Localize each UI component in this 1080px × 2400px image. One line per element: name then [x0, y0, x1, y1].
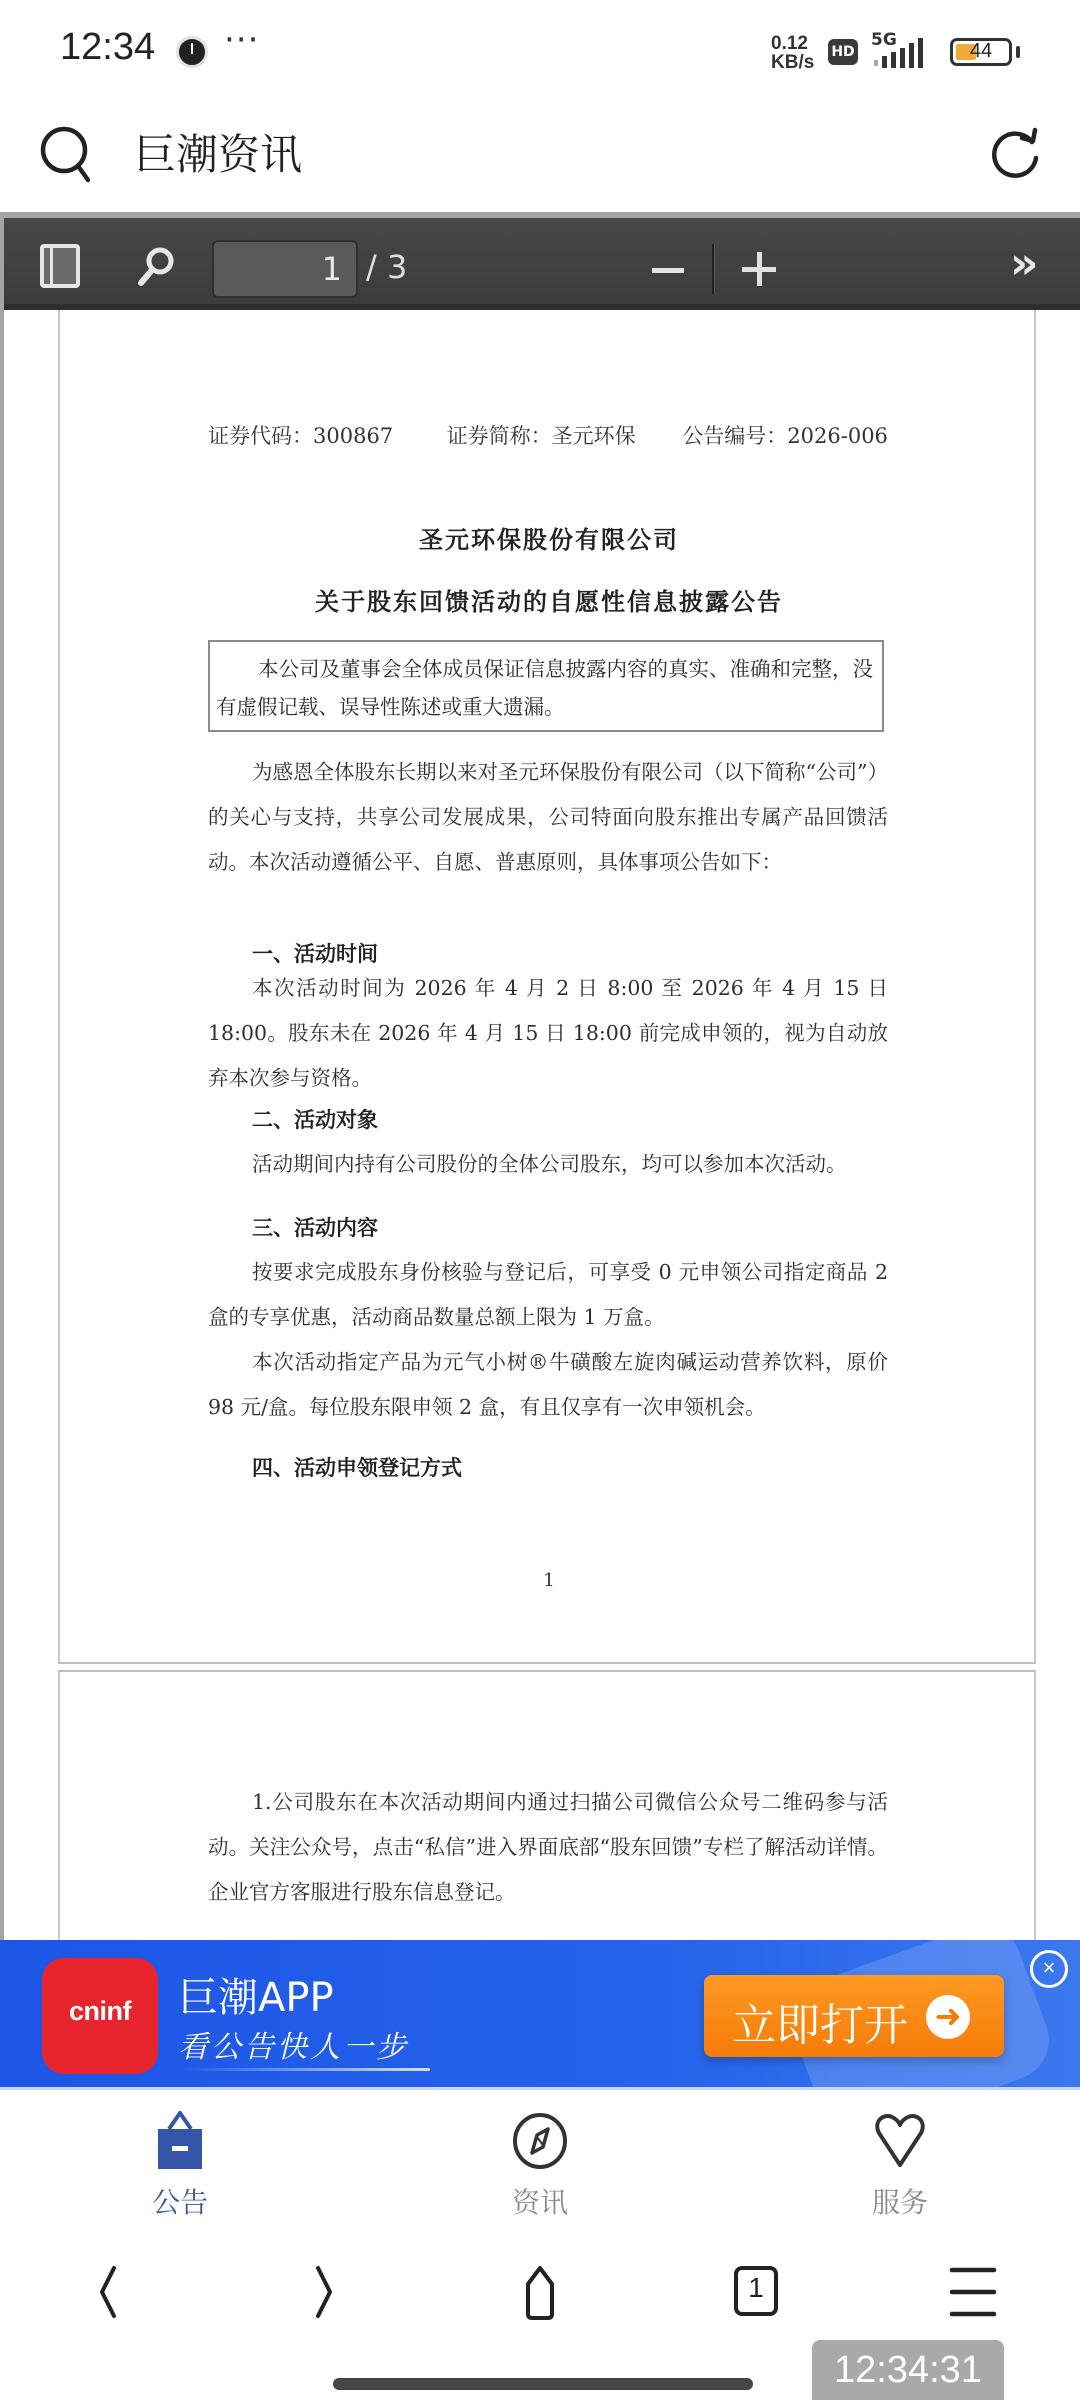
page-count: / 3	[366, 248, 407, 286]
zoom-in-icon[interactable]	[742, 252, 776, 286]
battery-icon: 44	[950, 38, 1012, 66]
app-title: 巨潮资讯	[134, 122, 302, 182]
section-content-paragraph-1: 按要求完成股东身份核验与登记后，可享受 0 元申领公司指定商品 2 盒的专享优惠…	[208, 1250, 888, 1340]
section-heading-target: 二、活动对象	[252, 1104, 378, 1134]
section-content-paragraph-2: 本次活动指定产品为元气小树®牛磺酸左旋肉碱运动营养饮料，原价 98 元/盒。每位…	[208, 1340, 888, 1430]
tab-news[interactable]: 资讯	[440, 2093, 640, 2230]
pdf-page-2: 1.公司股东在本次活动期间内通过扫描公司微信公众号二维码参与活动。关注公众号，点…	[58, 1670, 1036, 1940]
tab-services[interactable]: 服务	[800, 2093, 1000, 2230]
battery-level: 44	[953, 40, 1009, 63]
back-icon[interactable]	[68, 2260, 148, 2330]
pdf-viewer[interactable]: 1 / 3 » 证券代码：300867 证券简称：圣元环保 公告编号：2026-…	[0, 212, 1080, 1940]
open-app-label: 立即打开	[732, 1989, 908, 2053]
heart-icon	[870, 2111, 930, 2171]
tab-label-announcements: 公告	[80, 2181, 280, 2221]
more-tools-icon[interactable]: »	[1010, 242, 1058, 286]
overlay-clock: 12:34:31	[812, 2340, 1004, 2400]
section-time-paragraph: 本次活动时间为 2026 年 4 月 2 日 8:00 至 2026 年 4 月…	[208, 966, 888, 1101]
open-app-button[interactable]: 立即打开 ➜	[704, 1975, 1004, 2057]
ad-title: 巨潮APP	[178, 1966, 334, 2023]
battery-tip	[1016, 46, 1020, 58]
sidebar-toggle-icon[interactable]	[40, 244, 80, 288]
clock-icon	[176, 36, 208, 68]
doc-intro-paragraph: 为感恩全体股东长期以来对圣元环保股份有限公司（以下简称“公司”）的关心与支持，共…	[208, 750, 888, 885]
find-icon[interactable]	[134, 244, 178, 288]
home-indicator[interactable]	[333, 2378, 753, 2390]
section-heading-content: 三、活动内容	[252, 1212, 378, 1242]
ad-slogan: 看公告快人一步	[178, 2022, 409, 2066]
status-bar: 12:34 ··· 0.12 KB/s HD 5G 44	[0, 0, 1080, 100]
browser-navigation-bar: 1	[0, 2230, 1080, 2350]
zoom-out-icon[interactable]	[652, 268, 684, 273]
network-speed: 0.12 KB/s	[771, 34, 814, 72]
app-ad-banner[interactable]: cninf 巨潮APP 看公告快人一步 立即打开 ➜ ×	[0, 1940, 1080, 2090]
doc-disclaimer-box: 本公司及董事会全体成员保证信息披露内容的真实、准确和完整，没有虚假记载、误导性陈…	[208, 640, 884, 732]
pdf-page-1: 证券代码：300867 证券简称：圣元环保 公告编号：2026-006 圣元环保…	[58, 310, 1036, 1664]
app-bar: 巨潮资讯	[0, 100, 1080, 212]
tabs-button[interactable]: 1	[716, 2260, 796, 2330]
network-speed-value: 0.12	[771, 34, 814, 53]
refresh-icon[interactable]	[986, 122, 1046, 186]
announcement-icon	[150, 2111, 210, 2171]
page-number: 1	[60, 1570, 1038, 1591]
logo-text: cninf	[42, 1996, 158, 2027]
tab-count: 1	[734, 2272, 778, 2304]
toolbar-separator	[712, 244, 715, 294]
compass-icon	[510, 2111, 570, 2171]
section-heading-registration: 四、活动申领登记方式	[252, 1452, 462, 1482]
section-target-paragraph: 活动期间内持有公司股份的全体公司股东，均可以参加本次活动。	[208, 1142, 888, 1187]
status-time: 12:34	[60, 26, 155, 69]
signal-icon	[872, 38, 938, 70]
home-icon[interactable]	[500, 2260, 580, 2330]
bottom-tab-bar: 公告 资讯 服务	[0, 2093, 1080, 2230]
page-number-input[interactable]: 1	[212, 240, 358, 298]
tab-label-news: 资讯	[440, 2181, 640, 2221]
pdf-toolbar: 1 / 3 »	[4, 218, 1080, 310]
doc-title: 关于股东回馈活动的自愿性信息披露公告	[60, 582, 1038, 617]
network-speed-unit: KB/s	[771, 53, 814, 72]
doc-meta-line: 证券代码：300867 证券简称：圣元环保 公告编号：2026-006	[208, 420, 908, 450]
tab-announcements[interactable]: 公告	[80, 2093, 280, 2230]
ad-underline	[180, 2068, 430, 2071]
cninfo-logo: cninf	[42, 1958, 158, 2074]
close-ad-button[interactable]: ×	[1030, 1950, 1068, 1988]
hd-icon: HD	[828, 39, 858, 65]
arrow-right-icon: ➜	[926, 1995, 970, 2039]
overflow-notifications-icon: ···	[224, 20, 259, 60]
doc-company-name: 圣元环保股份有限公司	[60, 520, 1038, 555]
section-heading-time: 一、活动时间	[252, 938, 378, 968]
forward-icon[interactable]	[284, 2260, 364, 2330]
registration-step-1: 1.公司股东在本次活动期间内通过扫描公司微信公众号二维码参与活动。关注公众号，点…	[208, 1780, 888, 1915]
menu-icon[interactable]	[932, 2260, 1012, 2330]
tab-label-services: 服务	[800, 2181, 1000, 2221]
search-icon[interactable]	[38, 122, 98, 186]
pdf-page-area: 证券代码：300867 证券简称：圣元环保 公告编号：2026-006 圣元环保…	[4, 310, 1080, 1940]
